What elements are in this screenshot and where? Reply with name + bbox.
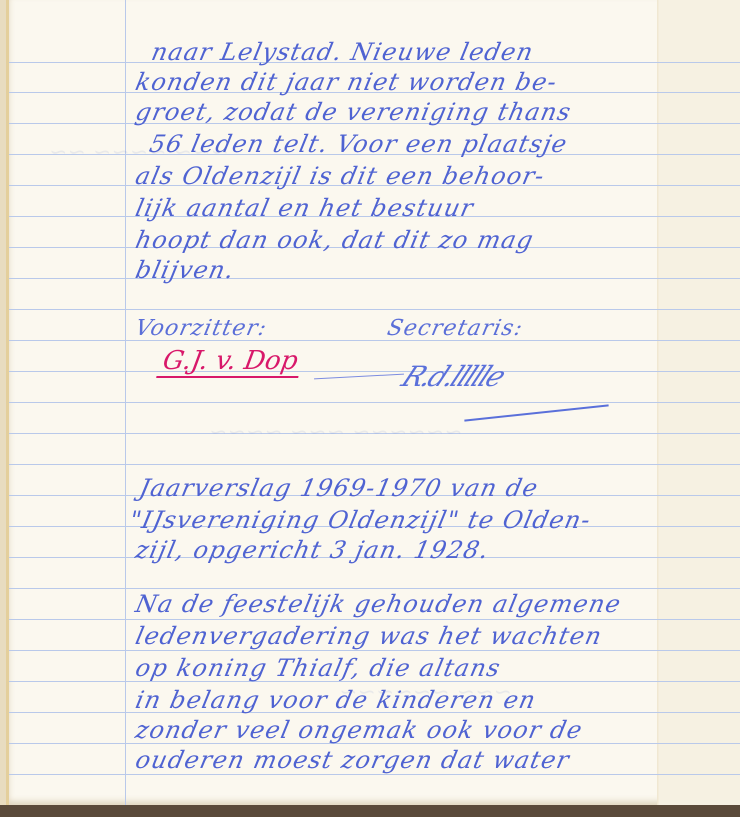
secretary-signature-underline xyxy=(464,404,608,421)
page-shadow-edge xyxy=(0,805,740,817)
text-line: 56 leden telt. Voor een plaatsje xyxy=(147,130,570,158)
ruled-line xyxy=(9,464,740,465)
report-heading-line: Jaarverslag 1969-1970 van de xyxy=(137,474,541,502)
signature-connector-line xyxy=(314,374,404,380)
report-heading-line: zijl, opgericht 3 jan. 1928. xyxy=(133,536,492,564)
report-heading-line: "IJsvereniging Oldenzijl" te Olden- xyxy=(127,506,594,534)
text-line: groet, zodat de vereniging thans xyxy=(133,98,574,126)
ruled-line xyxy=(9,371,740,372)
secretary-label: Secretaris: xyxy=(385,316,526,341)
bleed-through-text: ~~~~~~ ~~~ ~~~~ xyxy=(206,420,465,445)
ruled-line xyxy=(9,278,740,279)
text-line: op koning Thialf, die altans xyxy=(133,654,504,682)
chair-signature: G.J. v. Dop xyxy=(156,346,304,378)
ruled-line xyxy=(9,619,740,620)
ruled-line xyxy=(9,588,740,589)
ruled-line xyxy=(9,402,740,403)
text-line: blijven. xyxy=(133,256,238,284)
ruled-line xyxy=(9,774,740,775)
text-line: Na de feestelijk gehouden algemene xyxy=(133,590,624,618)
text-line: naar Lelystad. Nieuwe leden xyxy=(149,38,536,66)
text-line: ledenvergadering was het wachten xyxy=(133,622,605,650)
text-line: lijk aantal en het bestuur xyxy=(133,194,477,222)
ruled-line xyxy=(9,340,740,341)
chair-label: Voorzitter: xyxy=(133,316,270,341)
text-line: zonder veel ongemak ook voor de xyxy=(133,716,586,744)
notebook-page: ~~~ ~~~~ ~~ ~~~~~~ ~~~ ~~~~ ~~~ ~~~~~~ n… xyxy=(6,0,740,805)
ruled-line xyxy=(9,650,740,651)
text-line: hoopt dan ook, dat dit zo mag xyxy=(133,226,537,254)
text-line: ouderen moest zorgen dat water xyxy=(133,746,573,774)
secretary-signature: R.d.llllle xyxy=(396,360,510,393)
ruled-line xyxy=(9,309,740,310)
text-line: in belang voor de kinderen en xyxy=(133,686,539,714)
text-line: konden dit jaar niet worden be- xyxy=(133,68,560,96)
text-line: als Oldenzijl is dit een behoor- xyxy=(133,162,548,190)
